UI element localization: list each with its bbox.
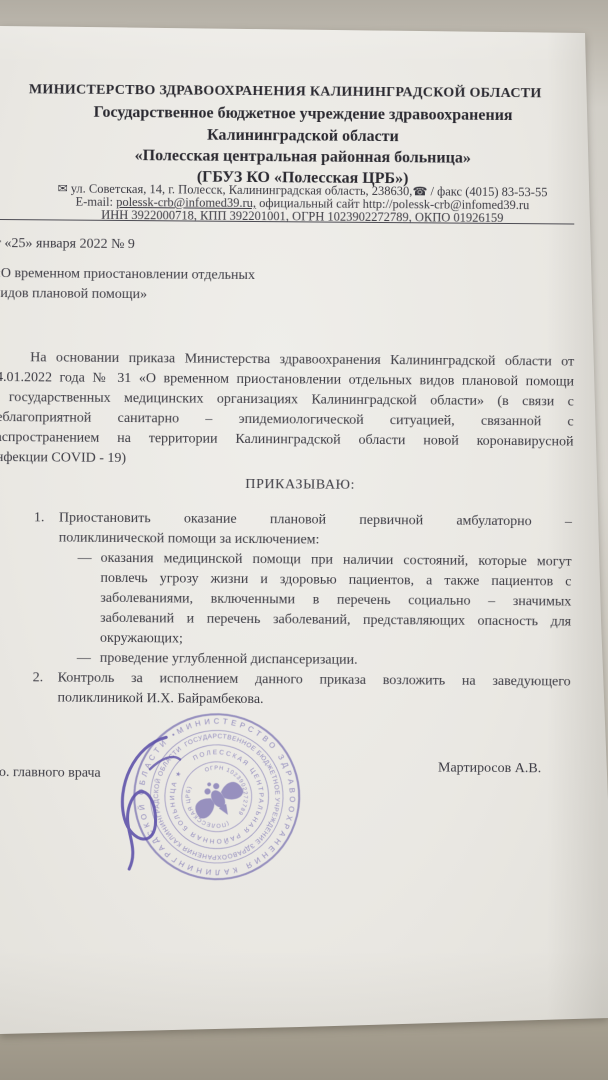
letterhead-org-line1: Государственное бюджетное учреждение здр…: [0, 103, 607, 126]
order-keyword: ПРИКАЗЫВАЮ:: [0, 473, 604, 498]
signer-name: Мартиросов А.В.: [438, 760, 541, 777]
subitem2-dash: —: [77, 649, 91, 669]
letterhead-org-line2: Калининградской области: [0, 125, 607, 148]
handwritten-signature: [109, 729, 184, 876]
document-content: МИНИСТЕРСТВО ЗДРАВООХРАНЕНИЯ КАЛИНИНГРАД…: [0, 0, 608, 1080]
order-preamble: На основании приказа Министерства здраво…: [0, 348, 574, 473]
phone-icon: ☎: [412, 184, 427, 198]
item1-number: 1.: [34, 508, 45, 528]
order-date-number: от «25» января 2022 № 9: [0, 234, 135, 255]
letterhead-ministry: МИНИСТЕРСТВО ЗДРАВООХРАНЕНИЯ КАЛИНИНГРАД…: [0, 82, 589, 103]
paper-surface: МИНИСТЕРСТВО ЗДРАВООХРАНЕНИЯ КАЛИНИНГРАД…: [0, 0, 608, 1080]
order-item-1: 1. Приостановить оказание плановой перви…: [26, 508, 572, 552]
order-items: 1. Приостановить оказание плановой перви…: [24, 508, 572, 712]
letterhead-org-line3: «Полесская центральная районная больница…: [0, 146, 607, 169]
photo-of-document: { "header": { "ministry": "МИНИСТЕРСТВО …: [0, 0, 608, 1080]
subitem1-dash: —: [78, 549, 92, 569]
subject-line2: видов плановой помощи»: [0, 284, 414, 307]
item2-number: 2.: [33, 668, 44, 688]
envelope-icon: ✉: [57, 181, 67, 195]
item1-subitem-1: — оказания медицинской помощи при наличи…: [25, 548, 572, 652]
document-paper-sheet: МИНИСТЕРСТВО ЗДРАВООХРАНЕНИЯ КАЛИНИНГРАД…: [0, 0, 608, 1080]
order-subject: «О временном приостановлении отдельных в…: [0, 264, 414, 307]
signer-role: и.о. главного врача: [0, 765, 101, 782]
